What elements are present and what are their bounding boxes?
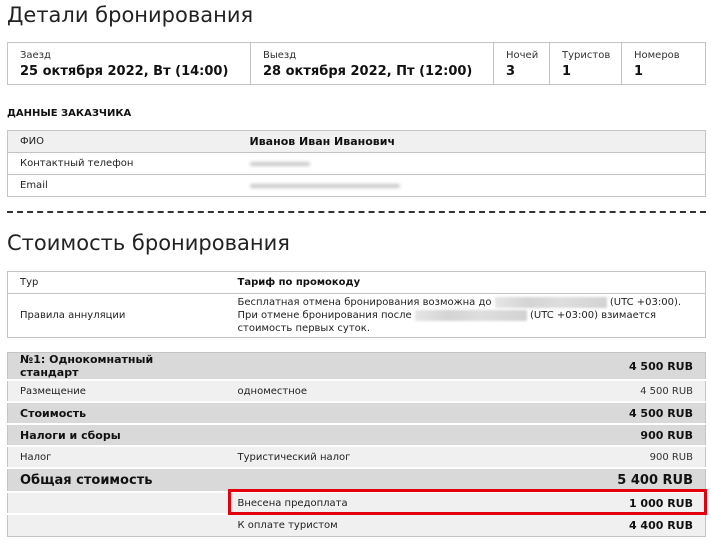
check-out-value: 28 октября 2022, Пт (12:00)	[263, 63, 481, 81]
customer-table: ФИО Иванов Иван Иванович Контактный теле…	[7, 130, 706, 197]
nights-value: 3	[506, 63, 537, 81]
customer-phone-value	[238, 153, 706, 175]
price-detail: К оплате туристом	[226, 514, 466, 536]
price-row: Размещениеодноместное4 500 RUB	[8, 380, 706, 402]
price-amount: 4 500 RUB	[466, 380, 706, 402]
tariff-value: Тариф по промокоду	[226, 272, 706, 294]
customer-phone-label: Контактный телефон	[8, 153, 238, 175]
price-row: №1: Однокомнатный стандарт4 500 RUB	[8, 353, 706, 381]
price-label: №1: Однокомнатный стандарт	[8, 353, 226, 381]
price-label: Налоги и сборы	[8, 424, 226, 446]
tourists-value: 1	[562, 63, 609, 81]
cancellation-text-part1: Бесплатная отмена бронирования возможна …	[238, 297, 492, 308]
rooms: Номеров 1	[622, 43, 705, 84]
price-label	[8, 514, 226, 536]
redacted-date	[495, 297, 607, 308]
cancellation-text: Бесплатная отмена бронирования возможна …	[226, 294, 706, 338]
price-detail: Туристический налог	[226, 446, 466, 468]
price-detail: одноместное	[226, 380, 466, 402]
price-row: Внесена предоплата1 000 RUB	[8, 492, 706, 514]
price-row: Стоимость4 500 RUB	[8, 402, 706, 424]
customer-row-name: ФИО Иванов Иван Иванович	[8, 131, 706, 153]
tourists-label: Туристов	[562, 49, 609, 62]
tariff-table: Тур Тариф по промокоду Правила аннуляции…	[7, 271, 706, 338]
check-in-label: Заезд	[20, 49, 238, 62]
section-divider	[7, 211, 706, 213]
tourists: Туристов 1	[550, 43, 622, 84]
check-out: Выезд 28 октября 2022, Пт (12:00)	[251, 43, 494, 84]
price-label: Общая стоимость	[8, 468, 226, 492]
price-label: Налог	[8, 446, 226, 468]
redacted-email	[242, 177, 407, 195]
price-amount: 4 400 RUB	[466, 514, 706, 536]
customer-email-label: Email	[8, 175, 238, 197]
customer-section-label: ДАННЫЕ ЗАКАЗЧИКА	[7, 108, 131, 119]
booking-cost-title: Стоимость бронирования	[7, 231, 290, 255]
price-amount: 4 500 RUB	[466, 402, 706, 424]
price-detail	[226, 402, 466, 424]
price-label	[8, 492, 226, 514]
rooms-value: 1	[634, 63, 693, 81]
price-row: НалогТуристический налог900 RUB	[8, 446, 706, 468]
price-label: Стоимость	[8, 402, 226, 424]
check-in: Заезд 25 октября 2022, Вт (14:00)	[8, 43, 251, 84]
nights: Ночей 3	[494, 43, 550, 84]
customer-name-label: ФИО	[8, 131, 238, 153]
redacted-phone	[242, 155, 407, 173]
rooms-label: Номеров	[634, 49, 693, 62]
price-amount: 900 RUB	[466, 424, 706, 446]
price-amount: 900 RUB	[466, 446, 706, 468]
booking-summary: Заезд 25 октября 2022, Вт (14:00) Выезд …	[7, 42, 706, 85]
redacted-date	[415, 310, 527, 321]
booking-details-title: Детали бронирования	[7, 3, 253, 27]
tariff-row: Тур Тариф по промокоду	[8, 272, 706, 294]
nights-label: Ночей	[506, 49, 537, 62]
price-amount: 4 500 RUB	[466, 353, 706, 381]
check-out-label: Выезд	[263, 49, 481, 62]
price-row: Общая стоимость5 400 RUB	[8, 468, 706, 492]
cancellation-row: Правила аннуляции Бесплатная отмена брон…	[8, 294, 706, 338]
customer-email-value	[238, 175, 706, 197]
price-amount: 5 400 RUB	[466, 468, 706, 492]
customer-row-email: Email	[8, 175, 706, 197]
price-amount: 1 000 RUB	[466, 492, 706, 514]
price-breakdown-table: №1: Однокомнатный стандарт4 500 RUBРазме…	[7, 352, 706, 537]
tariff-label: Тур	[8, 272, 226, 294]
price-row: Налоги и сборы900 RUB	[8, 424, 706, 446]
customer-name-value: Иванов Иван Иванович	[238, 131, 706, 153]
price-detail	[226, 353, 466, 381]
cancellation-label: Правила аннуляции	[8, 294, 226, 338]
customer-row-phone: Контактный телефон	[8, 153, 706, 175]
price-detail	[226, 424, 466, 446]
price-detail: Внесена предоплата	[226, 492, 466, 514]
price-row: К оплате туристом4 400 RUB	[8, 514, 706, 536]
check-in-value: 25 октября 2022, Вт (14:00)	[20, 63, 238, 81]
price-detail	[226, 468, 466, 492]
price-label: Размещение	[8, 380, 226, 402]
